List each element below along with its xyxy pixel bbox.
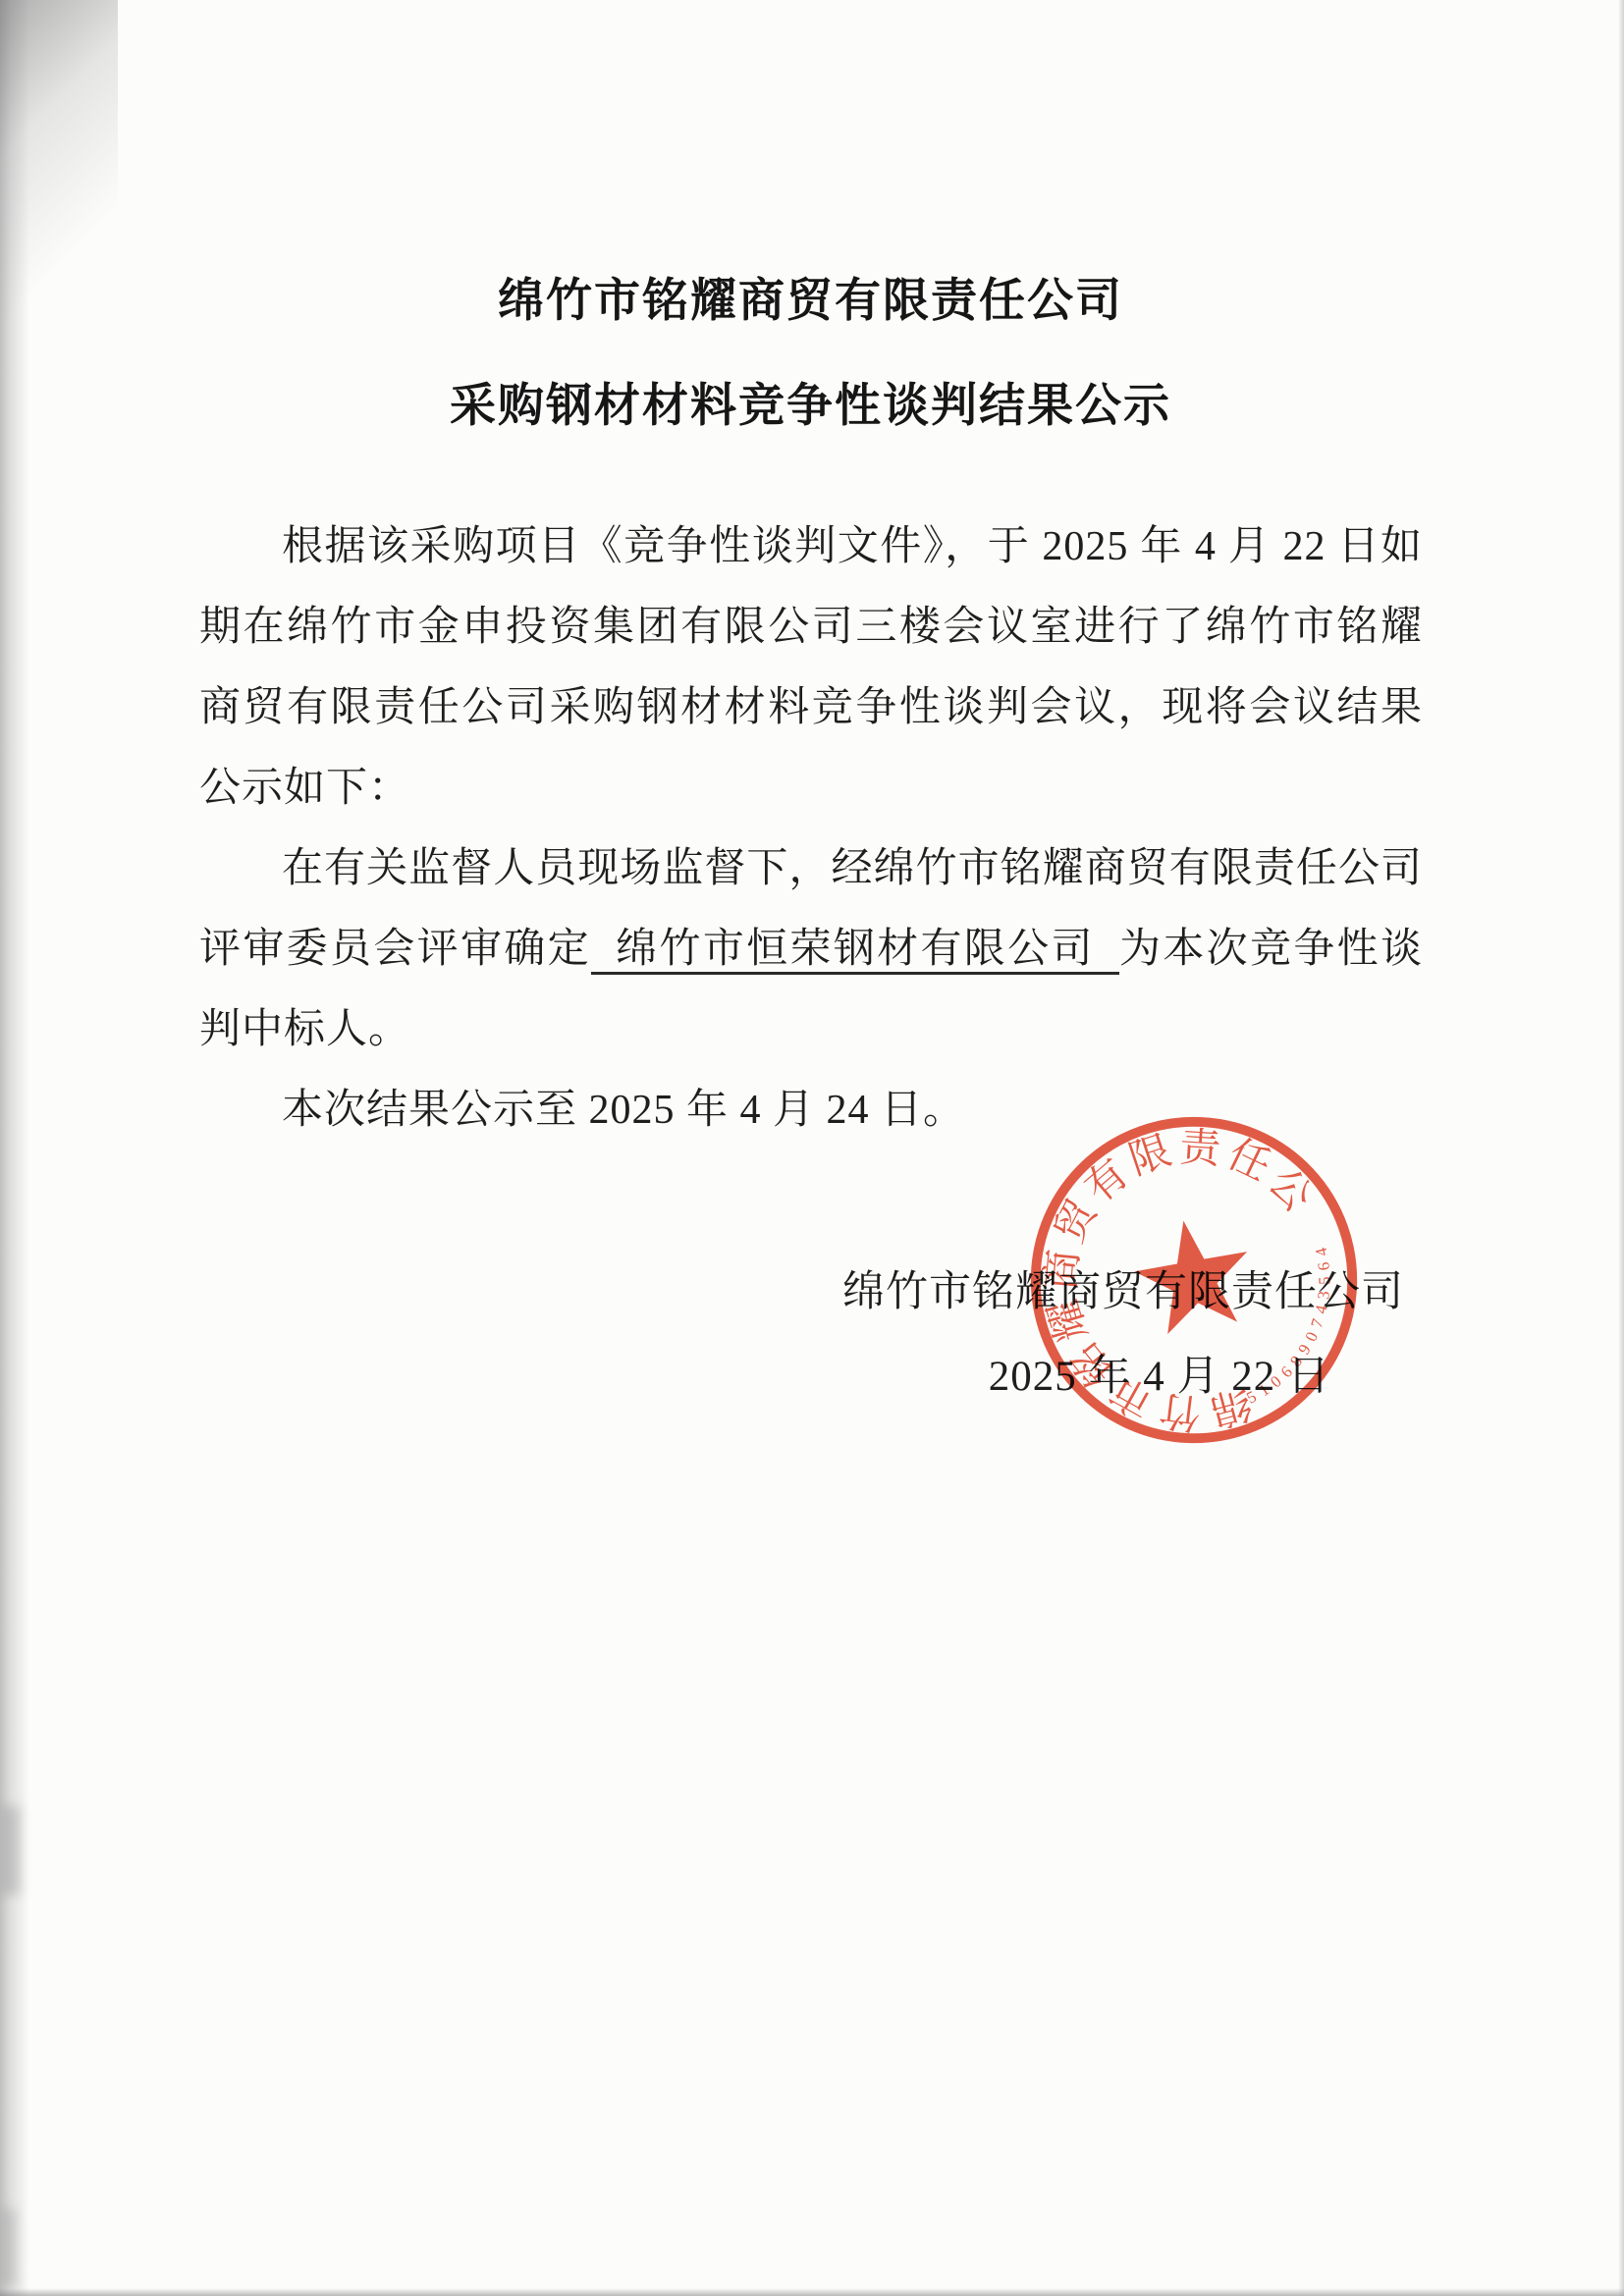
title-line-company: 绵竹市铭耀商贸有限责任公司: [199, 247, 1422, 352]
scan-right-edge-shadow: [1618, 0, 1624, 2296]
paragraph-result: 在有关监督人员现场监督下，经绵竹市铭耀商贸有限责任公司评审委员会评审确定绵竹市恒…: [199, 828, 1423, 1070]
winner-company-underlined: 绵竹市恒荣钢材有限公司: [591, 927, 1119, 975]
scan-streak: [0, 2209, 16, 2287]
signature-company-name: 绵竹市铭耀商贸有限责任公司: [842, 1258, 1404, 1318]
document-body: 根据该采购项目《竞争性谈判文件》，于 2025 年 4 月 22 日如期在绵竹市…: [199, 507, 1423, 1150]
scanned-document-page: 绵竹市铭耀商贸有限责任公司 采购钢材材料竞争性谈判结果公示 根据该采购项目《竞争…: [0, 0, 1624, 2296]
paragraph-meeting-info: 根据该采购项目《竞争性谈判文件》，于 2025 年 4 月 22 日如期在绵竹市…: [199, 507, 1423, 828]
scan-bottom-edge-shadow: [0, 2288, 1624, 2296]
scan-top-left-shadow: [0, 0, 118, 412]
document-title: 绵竹市铭耀商贸有限责任公司 采购钢材材料竞争性谈判结果公示: [199, 247, 1422, 457]
scan-streak: [0, 1806, 20, 1895]
signature-date: 2025 年 4 月 22 日: [989, 1343, 1330, 1403]
title-line-subject: 采购钢材材料竞争性谈判结果公示: [199, 352, 1422, 457]
paragraph-publicity-period: 本次结果公示至 2025 年 4 月 24 日。: [199, 1070, 1423, 1150]
